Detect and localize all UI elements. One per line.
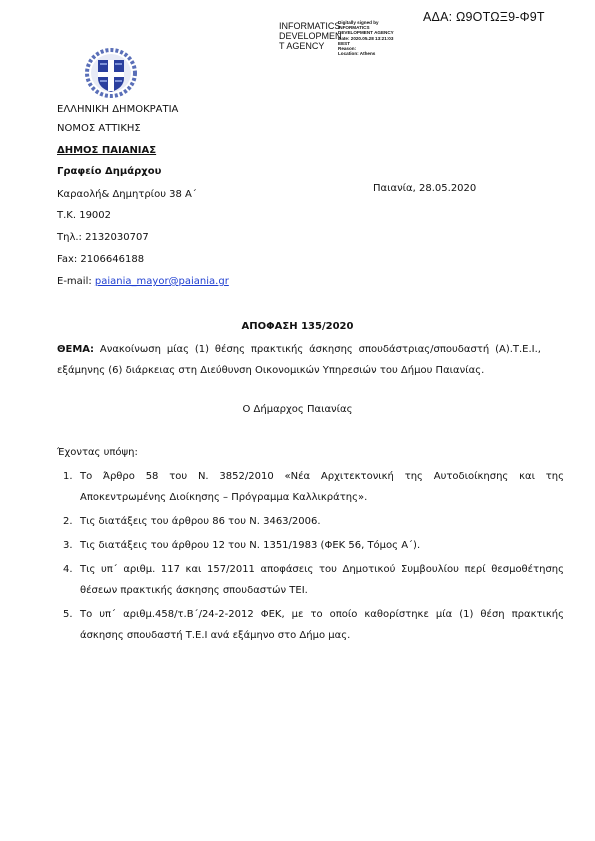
email-label: E-mail: [57, 276, 95, 287]
considering-heading: Έχοντας υπόψη: [57, 447, 138, 458]
ada-code: ΑΔΑ: Ω9ΟΤΩΞ9-Φ9Τ [423, 10, 545, 24]
greek-coat-of-arms-icon [85, 48, 137, 98]
list-item: 1.Το Άρθρο 58 του Ν. 3852/2010 «Νέα Αρχι… [80, 466, 564, 508]
office-heading: Γραφείο Δημάρχου [57, 166, 161, 177]
list-item-number: 2. [63, 511, 73, 532]
list-item-number: 1. [63, 466, 73, 487]
postal-code: Τ.Κ. 19002 [57, 210, 111, 221]
decision-title: ΑΠΟΦΑΣΗ 135/2020 [0, 321, 595, 332]
list-item-text: Τις υπ΄ αριθμ. 117 και 157/2011 αποφάσει… [80, 564, 564, 596]
list-item-text: Τις διατάξεις του άρθρου 86 του Ν. 3463/… [80, 516, 321, 527]
list-item-number: 4. [63, 559, 73, 580]
list-item-number: 3. [63, 535, 73, 556]
date-place: Παιανία, 28.05.2020 [373, 183, 476, 194]
list-item: 5.Το υπ΄ αριθμ.458/τ.Β΄/24-2-2012 ΦΕΚ, μ… [80, 604, 564, 646]
list-item-text: Τις διατάξεις του άρθρου 12 του Ν. 1351/… [80, 540, 420, 551]
subject-label: ΘΕΜΑ: [57, 344, 94, 355]
considerations-list: 1.Το Άρθρο 58 του Ν. 3852/2010 «Νέα Αρχι… [57, 466, 564, 649]
mayor-heading: Ο Δήμαρχος Παιανίας [0, 404, 595, 415]
email-link[interactable]: paiania_mayor@paiania.gr [95, 276, 229, 287]
phone: Τηλ.: 2132030707 [57, 232, 149, 243]
signature-signer-name: INFORMATICS DEVELOPMEN T AGENCY [279, 21, 337, 51]
email-line: E-mail: paiania_mayor@paiania.gr [57, 276, 229, 287]
signature-detail-line: Location: Athens [338, 51, 408, 56]
list-item-number: 5. [63, 604, 73, 625]
republic-heading: ΕΛΛΗΝΙΚΗ ΔΗΜΟΚΡΑΤΙΑ [57, 104, 178, 115]
subject-paragraph: ΘΕΜΑ: Ανακοίνωση μίας (1) θέσης πρακτική… [57, 339, 541, 381]
signature-details: Digitally signed by INFORMATICS DEVELOPM… [338, 20, 408, 56]
municipality-heading: ΔΗΜΟΣ ΠΑΙΑΝΙΑΣ [57, 145, 156, 156]
subject-text: Ανακοίνωση μίας (1) θέσης πρακτικής άσκη… [57, 344, 541, 376]
address: Καραολή& Δημητρίου 38 Α΄ [57, 189, 197, 200]
list-item: 4.Τις υπ΄ αριθμ. 117 και 157/2011 αποφάσ… [80, 559, 564, 601]
prefecture-heading: ΝΟΜΟΣ ΑΤΤΙΚΗΣ [57, 123, 141, 134]
fax: Fax: 2106646188 [57, 254, 144, 265]
list-item: 3.Τις διατάξεις του άρθρου 12 του Ν. 135… [80, 535, 564, 556]
list-item-text: Το υπ΄ αριθμ.458/τ.Β΄/24-2-2012 ΦΕΚ, με … [80, 609, 564, 641]
list-item-text: Το Άρθρο 58 του Ν. 3852/2010 «Νέα Αρχιτε… [80, 471, 564, 503]
list-item: 2.Τις διατάξεις του άρθρου 86 του Ν. 346… [80, 511, 564, 532]
